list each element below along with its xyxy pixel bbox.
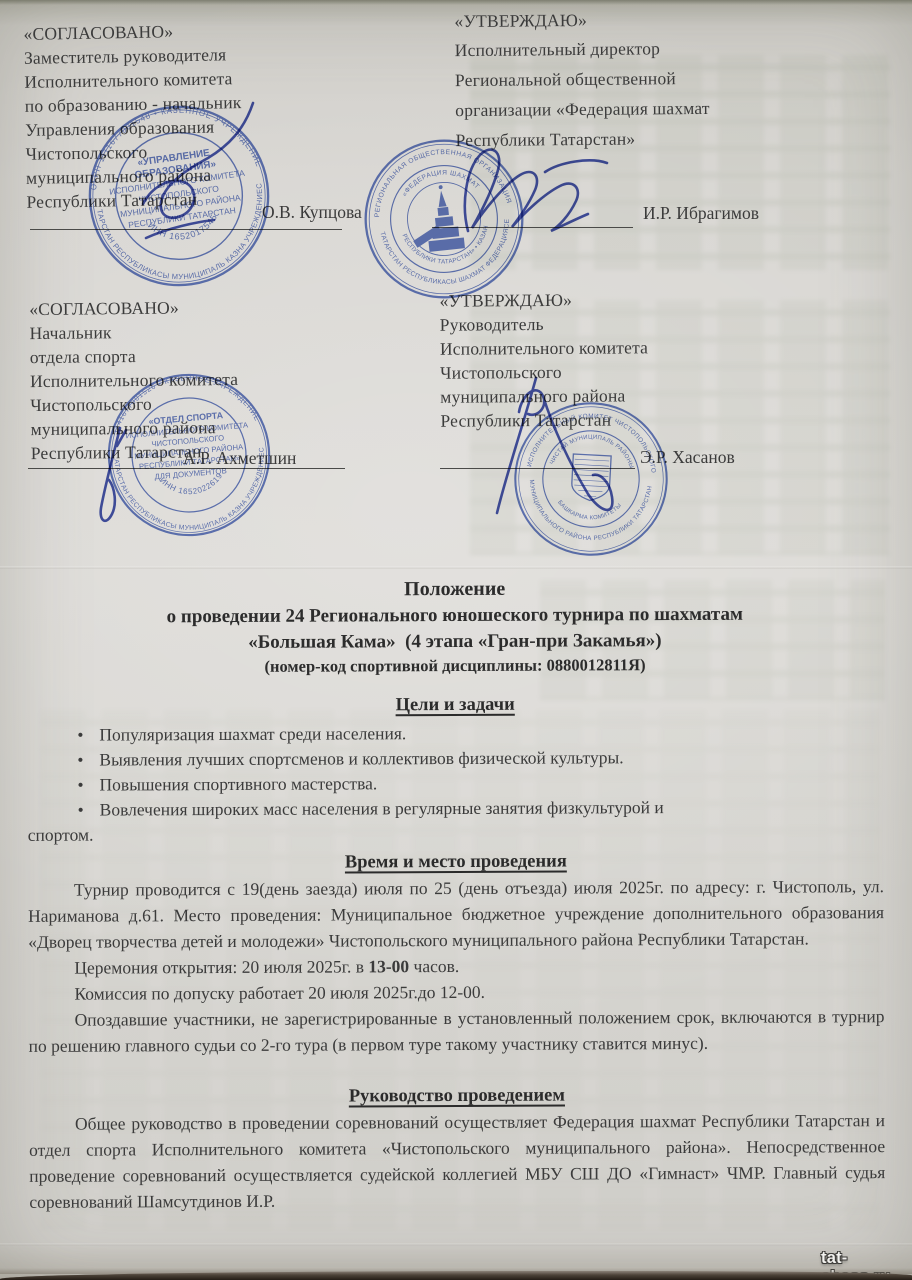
signature-ibragimov bbox=[465, 150, 607, 231]
scanned-document-page: «СОГЛАСОВАНО» Заместитель руководителя И… bbox=[0, 0, 912, 1280]
signature-akhmetshin bbox=[101, 428, 126, 521]
photo-edge-top bbox=[0, 0, 912, 5]
signature-kuptsova bbox=[143, 103, 253, 238]
signature-khasanov bbox=[497, 378, 612, 513]
signatures-overlay bbox=[0, 0, 912, 1280]
